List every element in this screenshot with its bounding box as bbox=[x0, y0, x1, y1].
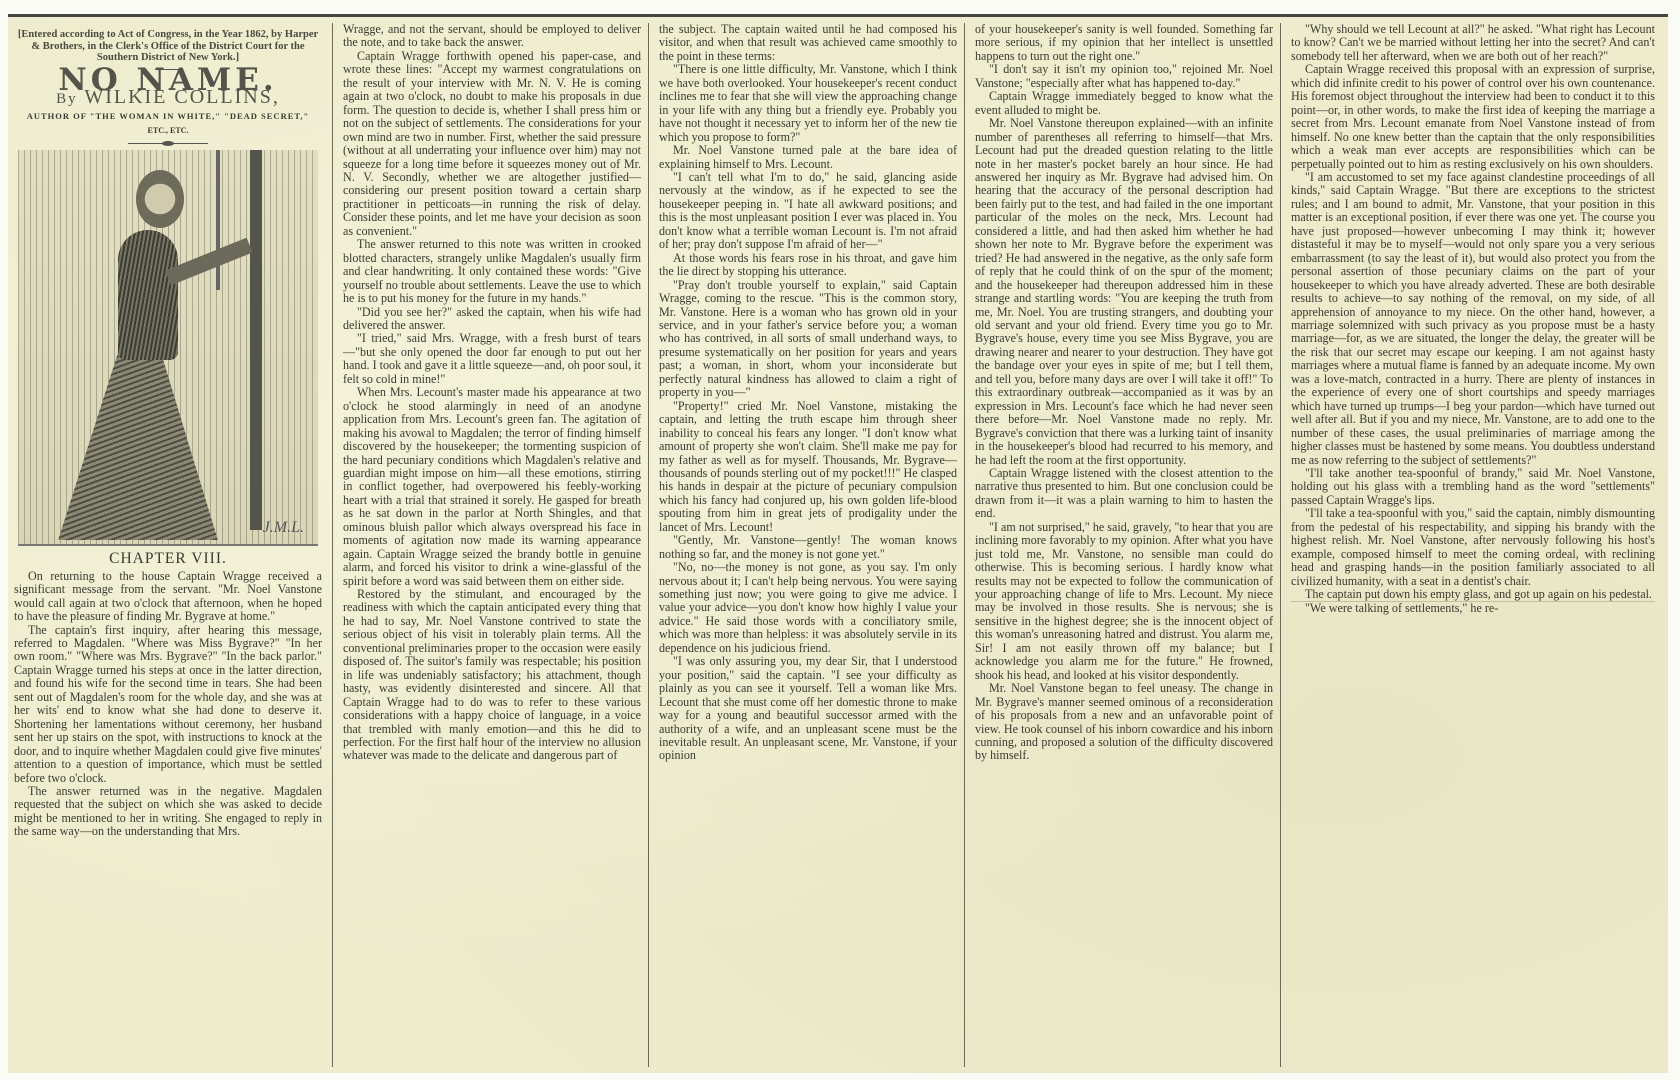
paragraph: Restored by the stimulant, and encourage… bbox=[343, 588, 641, 763]
story-title: NO NAME. bbox=[14, 74, 322, 87]
paragraph: "We were talking of settlements," he re- bbox=[1291, 601, 1655, 615]
column-2: Wragge, and not the servant, should be e… bbox=[332, 23, 649, 1067]
paragraph: Mr. Noel Vanstone began to feel uneasy. … bbox=[975, 682, 1273, 763]
column-4: of your housekeeper's sanity is well fou… bbox=[964, 23, 1281, 1067]
door-edge bbox=[250, 150, 262, 530]
paragraph: "Did you see her?" asked the captain, wh… bbox=[343, 306, 641, 333]
newspaper-page: [Entered according to Act of Congress, i… bbox=[8, 14, 1668, 1073]
paragraph: "I tried," said Mrs. Wragge, with a fres… bbox=[343, 332, 641, 386]
paragraph: The captain put down his empty glass, an… bbox=[1291, 588, 1655, 601]
paragraph: At those words his fears rose in his thr… bbox=[659, 252, 957, 279]
paragraph: Wragge, and not the servant, should be e… bbox=[343, 23, 641, 50]
paragraph: Captain Wragge listened with the closest… bbox=[975, 467, 1273, 521]
paragraph: Captain Wragge forthwith opened his pape… bbox=[343, 50, 641, 238]
paragraph: "No, no—the money is not gone, as you sa… bbox=[659, 561, 957, 655]
paragraph: "Pray don't trouble yourself to explain,… bbox=[659, 279, 957, 400]
paragraph: "There is one little difficulty, Mr. Van… bbox=[659, 63, 957, 144]
engraver-signature: J.M.L. bbox=[263, 521, 304, 534]
byline-prefix: By bbox=[56, 91, 78, 107]
paragraph: The captain's first inquiry, after heari… bbox=[14, 624, 322, 785]
column-1: [Entered according to Act of Congress, i… bbox=[8, 23, 330, 1067]
figure-skirt bbox=[58, 340, 218, 540]
copyright-notice: [Entered according to Act of Congress, i… bbox=[14, 29, 322, 64]
paragraph: The answer returned was in the negative.… bbox=[14, 785, 322, 839]
paragraph: "Property!" cried Mr. Noel Vanstone, mis… bbox=[659, 400, 957, 535]
paragraph: Mr. Noel Vanstone thereupon explained—wi… bbox=[975, 117, 1273, 467]
author-credits: AUTHOR OF "THE WOMAN IN WHITE," "DEAD SE… bbox=[14, 110, 322, 123]
paragraph: "I was only assuring you, my dear Sir, t… bbox=[659, 655, 957, 763]
paragraph: Captain Wragge immediately begged to kno… bbox=[975, 90, 1273, 117]
column-3: the subject. The captain waited until he… bbox=[648, 23, 965, 1067]
paragraph: "I don't say it isn't my opinion too," r… bbox=[975, 63, 1273, 90]
author-credits-etc: ETC., ETC. bbox=[14, 124, 322, 137]
byline: By WILKIE COLLINS, bbox=[14, 91, 322, 106]
window-frame bbox=[216, 150, 220, 290]
paragraph: "I am not surprised," he said, gravely, … bbox=[975, 521, 1273, 682]
paragraph: of your housekeeper's sanity is well fou… bbox=[975, 23, 1273, 63]
figure-arm bbox=[165, 238, 253, 286]
paragraph: the subject. The captain waited until he… bbox=[659, 23, 957, 63]
paragraph: "I'll take another tea-spoonful of brand… bbox=[1291, 467, 1655, 507]
paragraph: "Gently, Mr. Vanstone—gently! The woman … bbox=[659, 534, 957, 561]
figure-head-bonnet bbox=[136, 170, 184, 228]
paragraph: On returning to the house Captain Wragge… bbox=[14, 570, 322, 624]
paragraph: Captain Wragge received this proposal wi… bbox=[1291, 63, 1655, 171]
paragraph: "I'll take a tea-spoonful with you," sai… bbox=[1291, 507, 1655, 588]
ornamental-divider bbox=[128, 143, 208, 144]
paragraph: The answer returned to this note was wri… bbox=[343, 238, 641, 305]
paragraph: "I am accustomed to set my face against … bbox=[1291, 171, 1655, 467]
paragraph: "I can't tell what I'm to do," he said, … bbox=[659, 171, 957, 252]
paragraph: When Mrs. Lecount's master made his appe… bbox=[343, 386, 641, 588]
engraving-illustration: J.M.L. bbox=[18, 150, 318, 546]
author-name: WILKIE COLLINS, bbox=[84, 86, 280, 108]
column-5: "Why should we tell Lecount at all?" he … bbox=[1280, 23, 1663, 1067]
figure-body bbox=[118, 230, 178, 360]
paragraph: Mr. Noel Vanstone turned pale at the bar… bbox=[659, 144, 957, 171]
paragraph: "Why should we tell Lecount at all?" he … bbox=[1291, 23, 1655, 63]
chapter-heading: CHAPTER VIII. bbox=[14, 552, 322, 565]
